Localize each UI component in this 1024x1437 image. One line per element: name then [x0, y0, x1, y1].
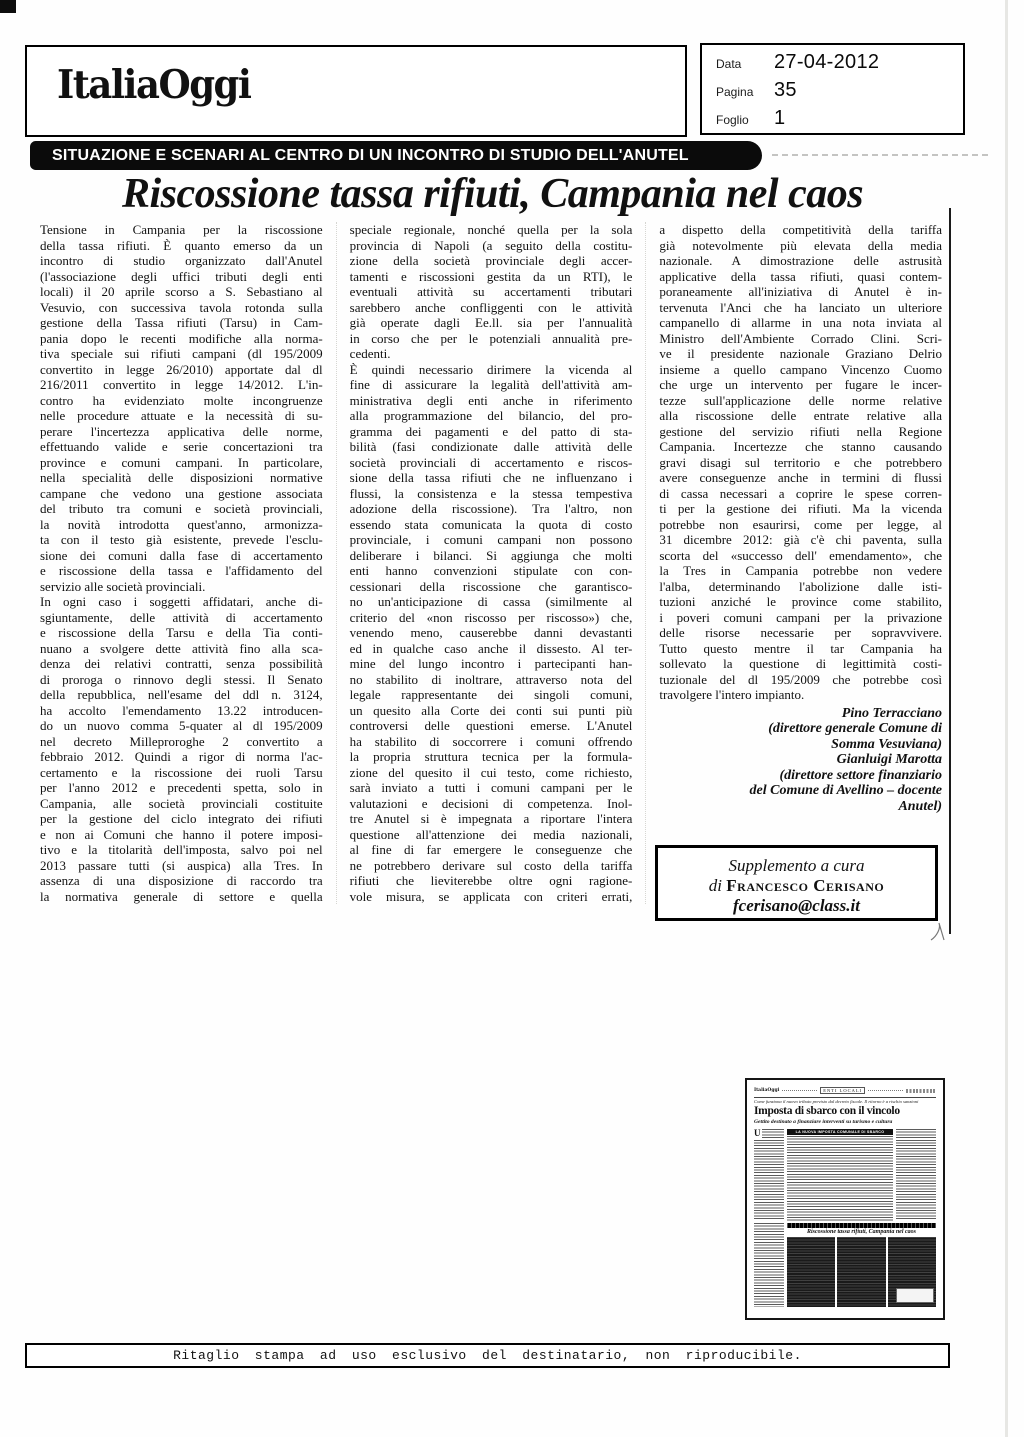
text-line: fine di assicurare la legalità dell'atti… — [350, 377, 633, 393]
press-clipping-sheet: ItaliaOggi Data 27-04-2012 Pagina 35 Fog… — [0, 0, 1024, 1437]
text-line: campane che vedono una gestione associat… — [40, 486, 323, 502]
text-line: potrebbe non esaurirsi, come per legge, … — [659, 517, 942, 533]
meta-row-foglio: Foglio 1 — [702, 107, 963, 135]
supplement-di: di — [709, 876, 726, 895]
text-line: zione della società provinciale degli ac… — [350, 253, 633, 269]
text-line: certamento e la riscossione dei ruoli Ta… — [40, 765, 323, 781]
text-line: già operate dagli Ee.ll. sia per l'annua… — [350, 315, 633, 331]
text-line: tuzionale del dl 195/2009 che potrebbe c… — [659, 672, 942, 688]
text-line: del tributo tra comuni e società provinc… — [40, 501, 323, 517]
text-line: eventuali attività su accertamenti tribu… — [350, 284, 633, 300]
thumb-center-box: LA NUOVA IMPOSTA COMUNALE DI SBARCO — [787, 1129, 893, 1221]
thumb-rule — [754, 1097, 936, 1098]
text-line: della repubblica, nell'esame del ddl n. … — [40, 687, 323, 703]
text-line: gramma dei pagamenti e del patto di sta- — [350, 424, 633, 440]
footer-disclaimer: Ritaglio stampa ad uso esclusivo del des… — [173, 1348, 802, 1363]
footer-strip: Ritaglio stampa ad uso esclusivo del des… — [25, 1343, 950, 1368]
text-line: tre Anutel si è impegnata a riportare l'… — [350, 811, 633, 827]
text-line: deliberare i bilanci. Si aggiunga che mo… — [350, 548, 633, 564]
text-line: venendo meno, causerebbe danni devastant… — [350, 625, 633, 641]
text-line: legale rappresentante dei singoli comuni… — [350, 687, 633, 703]
text-line: criterio del «non riscosso per riscosso»… — [350, 610, 633, 626]
text-line: contro ha evidenziato molte incongruenze — [40, 393, 323, 409]
text-line: società provinciali di accertamento e ri… — [350, 455, 633, 471]
text-line: questione all'attenzione dei media nazio… — [350, 827, 633, 843]
signature-block: Pino Terracciano(direttore generale Comu… — [659, 706, 942, 815]
text-line: ta con il testo già esistente, prevede l… — [40, 532, 323, 548]
text-line: gestione del servizio rifiuti nella Regi… — [659, 424, 942, 440]
text-line: do un nuovo comma 5-quater al dl 195/200… — [40, 718, 323, 734]
signature-line: (direttore generale Comune di — [659, 721, 942, 737]
text-line: avere conseguenze anche in termini di fl… — [659, 470, 942, 486]
thumb-dateline — [906, 1089, 936, 1093]
thumb-header: ItaliaOggi ENTI LOCALI — [754, 1086, 936, 1095]
text-line: febbraio 2012. Quindi a rigor di norma l… — [40, 749, 323, 765]
text-line: tezze sull'applicazione delle norme rela… — [659, 393, 942, 409]
text-line: mine del lungo incontro i partecipanti h… — [350, 656, 633, 672]
text-line: servizio alle società provinciali. — [40, 579, 323, 595]
text-line: bilità (fasi condizionate dalle attività… — [350, 439, 633, 455]
text-line: denza dei relativi contratti, senza poss… — [40, 656, 323, 672]
text-line: effettuando valide e serie concertazioni… — [40, 439, 323, 455]
thumb-center-text — [787, 1136, 893, 1221]
text-line: e riscossione della tassa e l'affidament… — [40, 563, 323, 579]
text-line: nel decreto Milleproroghe 2 convertito a — [40, 734, 323, 750]
supplement-line-1: Supplemento a cura — [658, 856, 935, 876]
thumb-right-column — [896, 1129, 936, 1221]
meta-row-data: Data 27-04-2012 — [702, 51, 963, 79]
text-line: sarà inviato a tutti i comuni campani pe… — [350, 780, 633, 796]
signature-line: del Comune di Avellino – docente — [659, 783, 942, 799]
text-line: Tensione in Campania per la riscossione — [40, 222, 323, 238]
article-right-rule — [949, 208, 951, 934]
thumb-deck: Gettito destinato a finanziare intervent… — [754, 1118, 936, 1126]
text-line: già notevolmente più elevata della media — [659, 238, 942, 254]
text-line: tiva speciale sui rifiuti campani (dl 19… — [40, 346, 323, 362]
text-line: 2013 passare tutti (si auspica) alla Tre… — [40, 858, 323, 874]
supplement-credit-box: Supplemento a cura di Francesco Cerisano… — [655, 845, 938, 921]
text-line: nelle procedure attuate e la necessità d… — [40, 408, 323, 424]
article-column-3-text: a dispetto della competitività della tar… — [659, 222, 942, 703]
text-line: cedenti. — [350, 346, 633, 362]
text-line: a dispetto della competitività della tar… — [659, 222, 942, 238]
text-line: di proroga o rinnovo degli stessi. Il Se… — [40, 672, 323, 688]
text-line: campanello di allarme in una nota inviat… — [659, 315, 942, 331]
meta-value-foglio: 1 — [774, 107, 785, 130]
text-line: alla riscossione delle entrate relative … — [659, 408, 942, 424]
text-line: la novità introdotta quest'anno, armoniz… — [40, 517, 323, 533]
meta-row-pagina: Pagina 35 — [702, 79, 963, 107]
signature-line: Somma Vesuviana) — [659, 737, 942, 753]
thumb-dark-column — [787, 1237, 835, 1307]
text-line: pania dopo le recenti modifiche alla nor… — [40, 331, 323, 347]
text-line: poraneamente all'iniziativa di Anutel è … — [659, 284, 942, 300]
thumb-dash-left — [782, 1090, 817, 1091]
text-line: flussi, la consistenza e la stessa tempe… — [350, 486, 633, 502]
masthead-box: ItaliaOggi — [25, 45, 687, 137]
thumb-dropcap: U — [754, 1129, 762, 1138]
text-line: Campania, alle società provinciali costi… — [40, 796, 323, 812]
text-line: ha accolto l'emendamento 13.22 introduce… — [40, 703, 323, 719]
text-line: nella specialità delle disposizioni norm… — [40, 470, 323, 486]
kicker-banner: SITUAZIONE E SCENARI AL CENTRO DI UN INC… — [30, 141, 762, 170]
text-line: e riscossione della Tarsu e della Tia co… — [40, 625, 323, 641]
text-line: scorta del «successo dell' emendamento»,… — [659, 548, 942, 564]
text-line: provincia di Napoli (a seguito della cos… — [350, 238, 633, 254]
text-line: in corso che per le potenziali annualità… — [350, 331, 633, 347]
meta-value-data: 27-04-2012 — [774, 51, 879, 74]
text-line: ti per la gestione dei rifiuti. Ma la vi… — [659, 501, 942, 517]
text-line: sgiuntamente, delle attività di accertam… — [40, 610, 323, 626]
scan-page-edge — [1005, 0, 1008, 1437]
thumb-article-headline: Riscossione tassa rifiuti, Campania nel … — [787, 1228, 936, 1237]
thumb-article-columns — [787, 1237, 936, 1307]
text-line: enti hanno convenzioni stipulate con con… — [350, 563, 633, 579]
text-line: gravi disagi sul territorio e che potreb… — [659, 455, 942, 471]
text-line: e non ai Comuni che hanno il potere impo… — [40, 827, 323, 843]
text-line: l'alba, determinando l'abolizione dalle … — [659, 579, 942, 595]
text-line: sione dei comuni dalla fase di accertame… — [40, 548, 323, 564]
text-line: alla programmazione del bilancio, del pr… — [350, 408, 633, 424]
thumb-dash-right — [868, 1090, 903, 1091]
text-line: Campania. Incertezze che stanno causando — [659, 439, 942, 455]
masthead-logo: ItaliaOggi — [57, 61, 251, 107]
text-line: travolgere l'intero impianto. — [659, 687, 942, 703]
text-line: la Tres in Campania potrebbe non vedere — [659, 563, 942, 579]
thumb-headline: Imposta di sbarco con il vincolo — [754, 1105, 936, 1118]
text-line: sollevato la questione di legittimità co… — [659, 656, 942, 672]
signature-line: (direttore settore finanziario — [659, 768, 942, 784]
clipping-meta-box: Data 27-04-2012 Pagina 35 Foglio 1 — [700, 43, 965, 135]
kicker-dashed-line — [772, 154, 988, 156]
text-line: no stabilito di inoltrare, attraverso no… — [350, 672, 633, 688]
thumb-left-column: U — [754, 1129, 784, 1221]
article-headline: Riscossione tassa rifiuti, Campania nel … — [40, 170, 945, 218]
thumb-dark-column — [837, 1237, 885, 1307]
text-line: speciale regionale, nonché quella per la… — [350, 222, 633, 238]
thumb-section-title: ENTI LOCALI — [820, 1087, 865, 1094]
text-line: adozione della riscossione). Tra l'altro… — [350, 501, 633, 517]
text-line: la propria struttura tecnica per la form… — [350, 749, 633, 765]
text-line: insieme a quello campano Vincenzo Cuomo — [659, 362, 942, 378]
text-line: per l'anno 2012 e precedenti spetta, sol… — [40, 780, 323, 796]
thumb-body: U LA NUOVA IMPOSTA COMUNALE DI SBARCO — [754, 1129, 936, 1221]
article-columns: Tensione in Campania per la riscossioned… — [40, 222, 942, 904]
supplement-line-2: di Francesco Cerisano — [658, 876, 935, 896]
text-line: per la gestione del ciclo integrato dei … — [40, 811, 323, 827]
meta-label-pagina: Pagina — [716, 85, 774, 99]
text-line: delle risorse necessarie per sopravviver… — [659, 625, 942, 641]
text-line: province e comuni campani. In particolar… — [40, 455, 323, 471]
thumb-box-title: LA NUOVA IMPOSTA COMUNALE DI SBARCO — [787, 1129, 893, 1135]
thumb-lower-section: Riscossione tassa rifiuti, Campania nel … — [754, 1223, 936, 1307]
meta-label-foglio: Foglio — [716, 113, 774, 127]
text-line: tuzioni anziché le province come stabili… — [659, 594, 942, 610]
text-line: locali) il 20 aprile scorso a S. Sebasti… — [40, 284, 323, 300]
thumb-logo: ItaliaOggi — [754, 1088, 779, 1093]
text-line: valutazioni e decisioni di competenza. I… — [350, 796, 633, 812]
signature-line: Anutel) — [659, 799, 942, 815]
meta-value-pagina: 35 — [774, 79, 797, 102]
text-line: 216/2011 convertito in legge 14/2012. L'… — [40, 377, 323, 393]
text-line: un quesito alla Corte dei conti sui punt… — [350, 703, 633, 719]
text-line: 31 dicembre 2012: già c'è chi paventa, s… — [659, 532, 942, 548]
text-line: È quindi necessario dirimere la vicenda … — [350, 362, 633, 378]
supplement-email: fcerisano@class.it — [658, 896, 935, 916]
text-line: di cassa necessari a coprire le spese co… — [659, 486, 942, 502]
text-line: no un'anticipazione di cassa (similmente… — [350, 594, 633, 610]
text-line: tivo e la titolarità dell'imposta, salvo… — [40, 842, 323, 858]
text-line: tamenti e riscossioni gestita da un RTI)… — [350, 269, 633, 285]
article-column-3: a dispetto della competitività della tar… — [645, 222, 942, 904]
text-line: nuano a svolgere dette attività fino all… — [40, 641, 323, 657]
meta-label-data: Data — [716, 57, 774, 71]
text-line: convertito in legge 26/2010) apportate d… — [40, 362, 323, 378]
thumb-supplement-box — [896, 1288, 934, 1303]
text-line: cessionari della riscossione che garanti… — [350, 579, 633, 595]
text-line: assenza di una disposizione di raccordo … — [40, 873, 323, 889]
text-line: provinciale, i comuni campani non posson… — [350, 532, 633, 548]
text-line: In ogni caso i soggetti affidatari, anch… — [40, 594, 323, 610]
article-column-2: speciale regionale, nonché quella per la… — [336, 222, 633, 904]
text-line: sione della tassa rifiuti che ne influen… — [350, 470, 633, 486]
text-line: ed in qualche caso anche il dissesto. Al… — [350, 641, 633, 657]
pen-squiggle-mark — [928, 920, 954, 944]
text-line: ve il presidente nazionale Graziano Delr… — [659, 346, 942, 362]
article-column-1: Tensione in Campania per la riscossioned… — [40, 222, 323, 904]
text-line: della tassa rifiuti. È quanto emerso da … — [40, 238, 323, 254]
text-line: perare l'incertezza applicativa delle no… — [40, 424, 323, 440]
text-line: rifiuti che lieviterebbe oltre ogni ragi… — [350, 873, 633, 889]
page-thumbnail: ItaliaOggi ENTI LOCALI Come funziona il … — [745, 1078, 945, 1320]
text-line: ministrativa degli enti anche in riferim… — [350, 393, 633, 409]
text-line: zione del quesito il cui testo, come ric… — [350, 765, 633, 781]
signature-line: Gianluigi Marotta — [659, 752, 942, 768]
text-line: nazionale. A dimostrazione delle astrusi… — [659, 253, 942, 269]
text-line: i poveri comuni campani per la privazion… — [659, 610, 942, 626]
text-line: che urge un intervento per fugare le inc… — [659, 377, 942, 393]
text-line: vole misura, se applicata con criteri er… — [350, 889, 633, 905]
text-line: Ministro dell'Ambiente Corrado Clini. Sc… — [659, 331, 942, 347]
text-line: al fine di far emergere le conseguenze c… — [350, 842, 633, 858]
text-line: sarebbero anche confliggenti con le atti… — [350, 300, 633, 316]
text-line: (l'associazione degli uffici tributi deg… — [40, 269, 323, 285]
signature-line: Pino Terracciano — [659, 706, 942, 722]
thumb-lower-left-column — [754, 1223, 784, 1307]
supplement-author: Francesco Cerisano — [726, 876, 884, 895]
thumb-highlighted-article: Riscossione tassa rifiuti, Campania nel … — [787, 1223, 936, 1307]
text-line: applicative della tassa rifiuti, quasi c… — [659, 269, 942, 285]
text-line: ha stabilito di soccorrere i comuni offr… — [350, 734, 633, 750]
text-line: incontro di studio organizzato dall'Anut… — [40, 253, 323, 269]
text-line: Tutto questo mentre il tar Campania ha — [659, 641, 942, 657]
text-line: ne potrebbero derivare sul costo della t… — [350, 858, 633, 874]
text-line: Vesuvio, con successiva tavola rotonda s… — [40, 300, 323, 316]
text-line: gestione della Tassa rifiuti (Tarsu) in … — [40, 315, 323, 331]
text-line: la normativa generale di settore e quell… — [40, 889, 323, 905]
text-line: essendo stata comunicata la quota di cos… — [350, 517, 633, 533]
scan-corner-mark — [0, 0, 16, 13]
text-line: tervenuta l'Anci che ha lanciato un ulte… — [659, 300, 942, 316]
text-line: controversi delle questioni emerse. L'An… — [350, 718, 633, 734]
